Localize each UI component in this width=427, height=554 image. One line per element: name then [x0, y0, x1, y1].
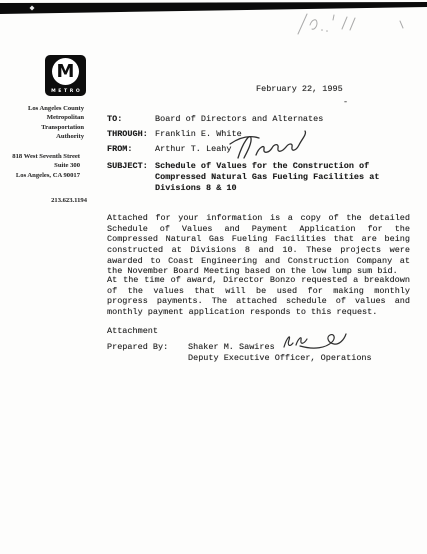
- to-label: TO:: [107, 114, 155, 125]
- body-paragraph-1: Attached for your information is a copy …: [107, 213, 410, 277]
- body-line: awarded to Coast Engineering and Constru…: [107, 256, 410, 267]
- letterhead-address: 818 West Seventh Street Suite 300 Los An…: [0, 152, 80, 180]
- address-line: Los Angeles, CA 90017: [0, 171, 80, 180]
- memo-field-from: FROM:Arthur T. Leahy: [107, 144, 232, 155]
- body-line: progress payments. The attached schedule…: [107, 296, 410, 307]
- to-value: Board of Directors and Alternates: [155, 114, 323, 124]
- dash-mark: -: [343, 97, 348, 108]
- body-line: At the time of award, Director Bonzo req…: [107, 275, 410, 286]
- metro-logo: M METRO: [45, 55, 86, 96]
- body-line: Attached for your information is a copy …: [107, 213, 410, 224]
- subject-line: Divisions 8 & 10: [155, 183, 379, 194]
- prepared-by-label: Prepared By:: [107, 342, 168, 353]
- letterhead-org-name: Los Angeles County Metropolitan Transpor…: [0, 104, 84, 141]
- memo-date: February 22, 1995: [256, 84, 343, 95]
- body-line: Compressed Natural Gas Fueling Facilitie…: [107, 234, 410, 245]
- through-label: THROUGH:: [107, 129, 155, 140]
- scanned-memo-page: M METRO Los Angeles County Metropolitan …: [0, 0, 427, 554]
- subject-label: SUBJECT:: [107, 161, 148, 172]
- body-paragraph-2: At the time of award, Director Bonzo req…: [107, 275, 410, 318]
- memo-field-to: TO:Board of Directors and Alternates: [107, 114, 323, 125]
- from-label: FROM:: [107, 144, 155, 155]
- subject-value: Schedule of Values for the Construction …: [155, 161, 379, 193]
- prepared-by-name: Shaker M. Sawires: [188, 342, 275, 353]
- body-line: monthly payment application responds to …: [107, 307, 410, 318]
- attachment-note: Attachment: [107, 326, 158, 337]
- memo-field-through: THROUGH:Franklin E. White: [107, 129, 242, 140]
- metro-monogram: M: [57, 63, 75, 81]
- letterhead-phone: 213.623.1194: [0, 196, 87, 205]
- body-line: of the values that will be used for maki…: [107, 286, 410, 297]
- subject-line: Schedule of Values for the Construction …: [155, 161, 379, 172]
- handwritten-note: [288, 10, 406, 36]
- from-value: Arthur T. Leahy: [155, 144, 232, 154]
- prepared-by-title: Deputy Executive Officer, Operations: [188, 353, 372, 364]
- org-line: Authority: [0, 132, 84, 141]
- leahy-signature: [226, 128, 310, 162]
- org-line: Transportation: [0, 123, 84, 132]
- address-line: Suite 300: [0, 161, 80, 170]
- org-line: Los Angeles County: [0, 104, 84, 113]
- subject-line: Compressed Natural Gas Fueling Facilitie…: [155, 172, 379, 183]
- body-line: constructed at Divisions 8 and 10. These…: [107, 245, 410, 256]
- org-line: Metropolitan: [0, 113, 84, 122]
- body-line: Schedule of Values and Payment Applicati…: [107, 224, 410, 235]
- metro-logo-circle: M: [52, 58, 79, 85]
- sawires-signature: [278, 328, 350, 354]
- address-line: 818 West Seventh Street: [0, 152, 80, 161]
- metro-wordmark: METRO: [45, 89, 86, 94]
